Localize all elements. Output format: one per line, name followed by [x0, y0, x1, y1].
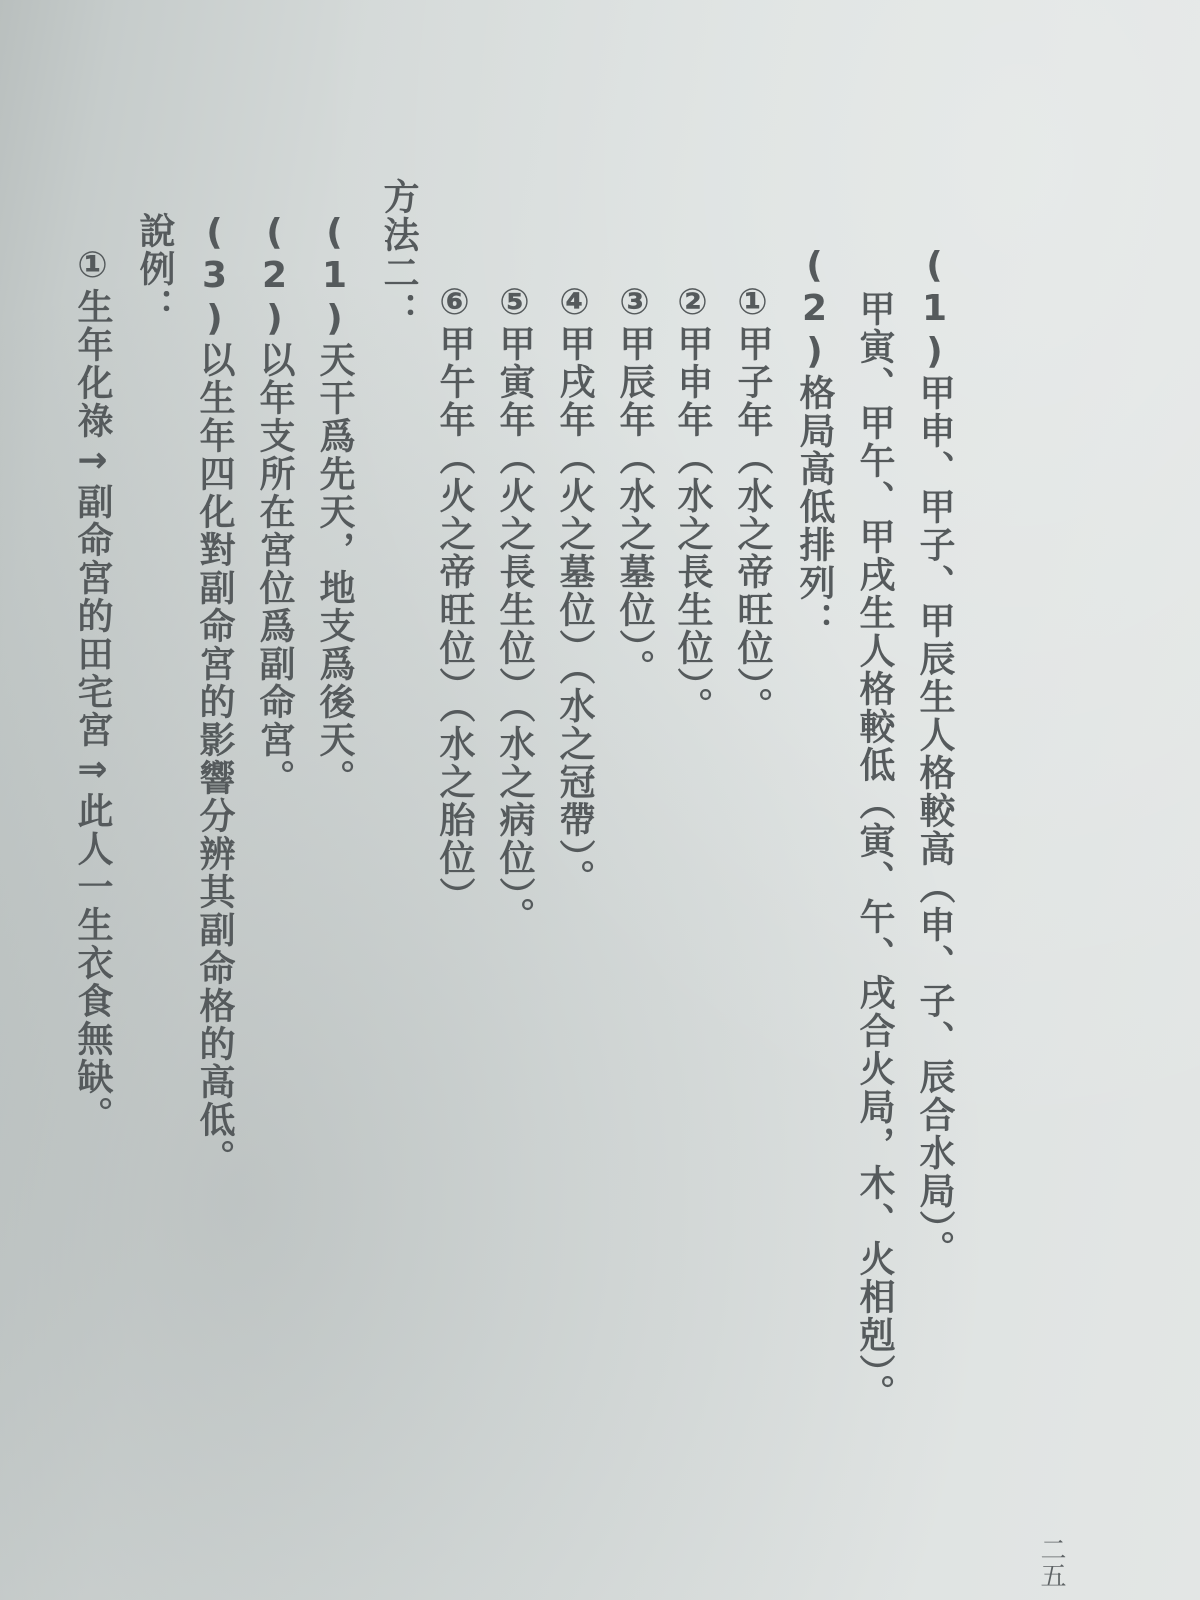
ranking-item-4: ④甲戌年（火之墓位）（水之冠帶）。: [552, 282, 596, 897]
method-2-item-1: (1)天干爲先天，地支爲後天。: [312, 212, 356, 797]
ranking-item-2: ②甲申年（水之長生位）。: [670, 282, 714, 725]
ranking-item-6: ⑥甲午年（火之帝旺位）（水之胎位）: [432, 282, 476, 915]
page-number: 二五: [1033, 1536, 1070, 1588]
method-2-item-2: (2)以年支所在宮位爲副命宮。: [252, 212, 296, 797]
method-2-item-3: (3)以生年四化對副命宮的影響分辨其副命格的高低。: [192, 212, 236, 1177]
example-item-1: ①生年化祿→副命宮的田宅宮⇒此人一生衣食無缺。: [70, 245, 114, 1134]
example-heading: 說例：: [132, 212, 176, 326]
ranking-item-3: ③甲辰年（水之墓位）。: [612, 282, 656, 687]
paper-shading: [0, 0, 1200, 1600]
text-column-item-1-continued: 甲寅、甲午、甲戌生人格較低（寅、午、戌合火局，木、火相剋）。: [852, 290, 896, 1412]
text-column-item-1: (1)甲申、甲子、甲辰生人格較高（申、子、辰合水局）。: [912, 245, 956, 1268]
ranking-item-1: ①甲子年（水之帝旺位）。: [730, 282, 774, 725]
method-2-heading: 方法二：: [376, 178, 420, 330]
text-column-ranking-heading: (2)格局高低排列：: [792, 245, 836, 640]
ranking-item-5: ⑤甲寅年（火之長生位）（水之病位）。: [492, 282, 536, 935]
